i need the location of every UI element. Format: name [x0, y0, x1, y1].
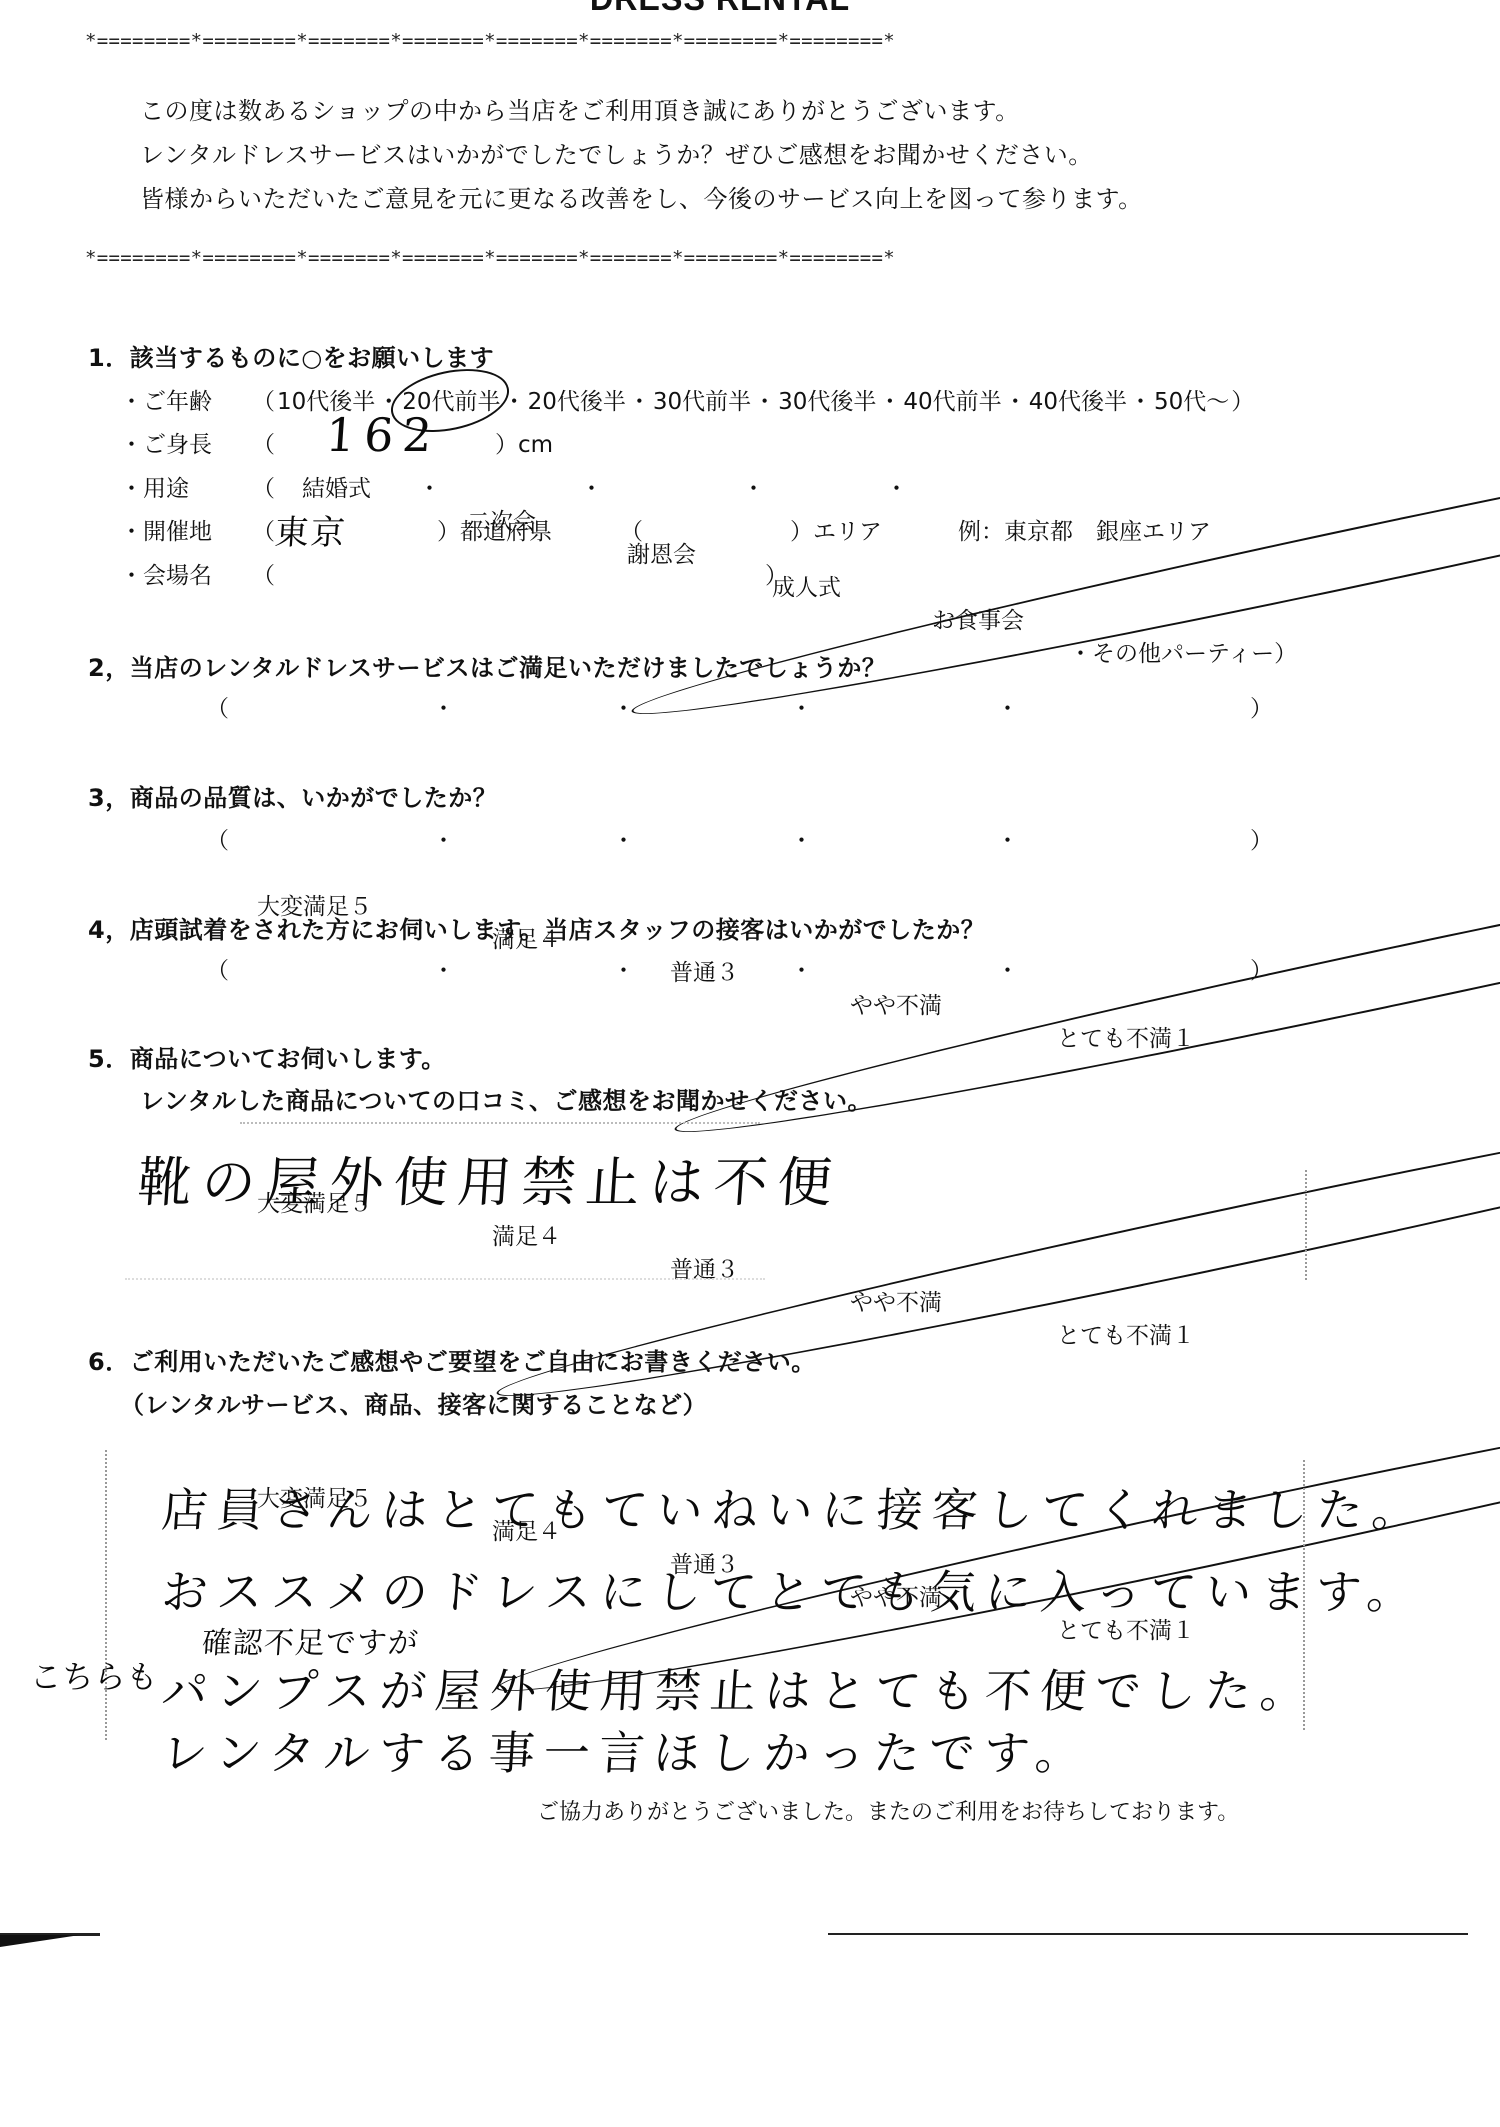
age-option-40s-early[interactable]: 40代前半 — [901, 383, 1003, 416]
q3-option-slightly-dissatisfied[interactable]: やや不満 — [848, 1284, 1500, 1317]
age-option-20s-late[interactable]: 20代後半 — [526, 383, 628, 416]
q6-answer-line-1[interactable]: 店員さんはとてもていねいに接客してくれました。 — [160, 1474, 1430, 1540]
bottom-line-right — [828, 1933, 1468, 1935]
paren-open: （ — [252, 470, 275, 503]
purpose-option-other-party[interactable]: ・その他パーティー） — [1067, 635, 1500, 668]
q3-option-satisfied[interactable]: 満足４ — [490, 1218, 1500, 1251]
height-field[interactable]: 162 — [324, 408, 443, 462]
prefecture-field[interactable]: 東京 — [273, 505, 348, 554]
paren-close: ） — [765, 557, 788, 590]
dot-sep: ・ — [628, 383, 651, 416]
form-title: DRESS RENTAL — [36, 0, 1404, 19]
q6-answer-line-4[interactable]: レンタルする事一言ほしかったです。 — [160, 1717, 1093, 1783]
separator-bottom: *========*========*=======*=======*=====… — [85, 247, 1430, 269]
venue-name-field[interactable] — [275, 557, 755, 583]
q5-box-right-border — [1305, 1170, 1307, 1280]
purpose-option-dinner[interactable]: お食事会 — [930, 602, 1500, 635]
purpose-option-coming-of-age[interactable]: 成人式 — [770, 569, 1500, 602]
q6-annotation-prefix: こちらも — [28, 1652, 159, 1698]
age-option-30s-early[interactable]: 30代前半 — [651, 383, 753, 416]
area-suffix: ）エリア — [790, 513, 882, 546]
q3-option-neutral[interactable]: 普通３ — [668, 1251, 1500, 1284]
q5-answer-field[interactable]: 靴の屋外使用禁止は不便 — [135, 1140, 844, 1217]
paren-open: （ — [252, 383, 275, 416]
q5-box-top-border — [240, 1122, 760, 1124]
prefecture-suffix: ）都道府県 — [437, 513, 552, 546]
age-label: ・ご年齢 — [120, 383, 212, 416]
height-label: ・ご身長 — [120, 426, 212, 459]
dot-sep: ・ — [878, 383, 901, 416]
paren-open: （ — [252, 557, 275, 590]
separator-top: *========*========*=======*=======*=====… — [85, 30, 1430, 52]
age-option-40s-late[interactable]: 40代後半 — [1027, 383, 1129, 416]
area-field[interactable] — [640, 513, 790, 539]
age-option-50s-plus[interactable]: 50代～ — [1152, 383, 1231, 416]
q5-subheading: レンタルした商品についての口コミ、ご感想をお聞かせください。 — [140, 1081, 872, 1116]
intro-line-1: この度は数あるショップの中から当店をご利用頂き誠にありがとうございます。 — [140, 91, 1020, 126]
q2-option-slightly-dissatisfied[interactable]: やや不満 — [848, 987, 1500, 1020]
dot-sep: ・ — [1129, 383, 1152, 416]
intro-line-2: レンタルドレスサービスはいかがでしたでしょうか？ぜひご感想をお聞かせください。 — [140, 135, 1093, 170]
location-example: 例：東京都 銀座エリア — [958, 513, 1211, 546]
q6-answer-line-2[interactable]: おススメのドレスにしてとても気に入っています。 — [160, 1556, 1425, 1622]
closing-message: ご協力ありがとうございました。またのご利用をお待ちしております。 — [537, 1795, 1239, 1826]
q1-heading: 1．該当するものに○をお願いします — [88, 338, 494, 373]
q5-box-bottom-border — [125, 1278, 765, 1280]
height-unit: ）cm — [495, 426, 553, 459]
venue-name-label: ・会場名 — [120, 557, 212, 590]
q5-heading: 5．商品についてお伺いします。 — [88, 1039, 446, 1074]
dot-sep: ・ — [1004, 383, 1027, 416]
dot-sep: ・ — [753, 383, 776, 416]
paren-open: （ — [252, 513, 275, 546]
q6-answer-line-3[interactable]: パンプスが屋外使用禁止はとても不便でした。 — [160, 1655, 1318, 1721]
intro-line-3: 皆様からいただいたご意見を元に更なる改善をし、今後のサービス向上を図って参ります… — [140, 179, 1143, 214]
purpose-label: ・用途 — [120, 470, 189, 503]
q3-heading: 3，商品の品質は、いかがでしたか？ — [88, 778, 497, 813]
paren-close: ） — [1231, 383, 1254, 416]
q4-heading: 4，店頭試着をされた方にお伺いします。当店スタッフの接客はいかがでしたか？ — [88, 910, 985, 945]
q2-heading: 2，当店のレンタルドレスサービスはご満足いただけましたでしょうか？ — [88, 648, 886, 683]
q3-option-very-dissatisfied[interactable]: とても不満１ — [1055, 1317, 1500, 1350]
q6-subheading: （レンタルサービス、商品、接客に関することなど） — [120, 1385, 707, 1420]
venue-location-label: ・開催地 — [120, 513, 212, 546]
age-option-30s-late[interactable]: 30代後半 — [776, 383, 878, 416]
bottom-mark — [0, 1935, 80, 1947]
q6-heading: 6．ご利用いただいたご感想やご要望をご自由にお書きください。 — [88, 1342, 816, 1377]
paren-open: （ — [252, 426, 275, 459]
q2-option-very-dissatisfied[interactable]: とても不満１ — [1055, 1020, 1500, 1053]
